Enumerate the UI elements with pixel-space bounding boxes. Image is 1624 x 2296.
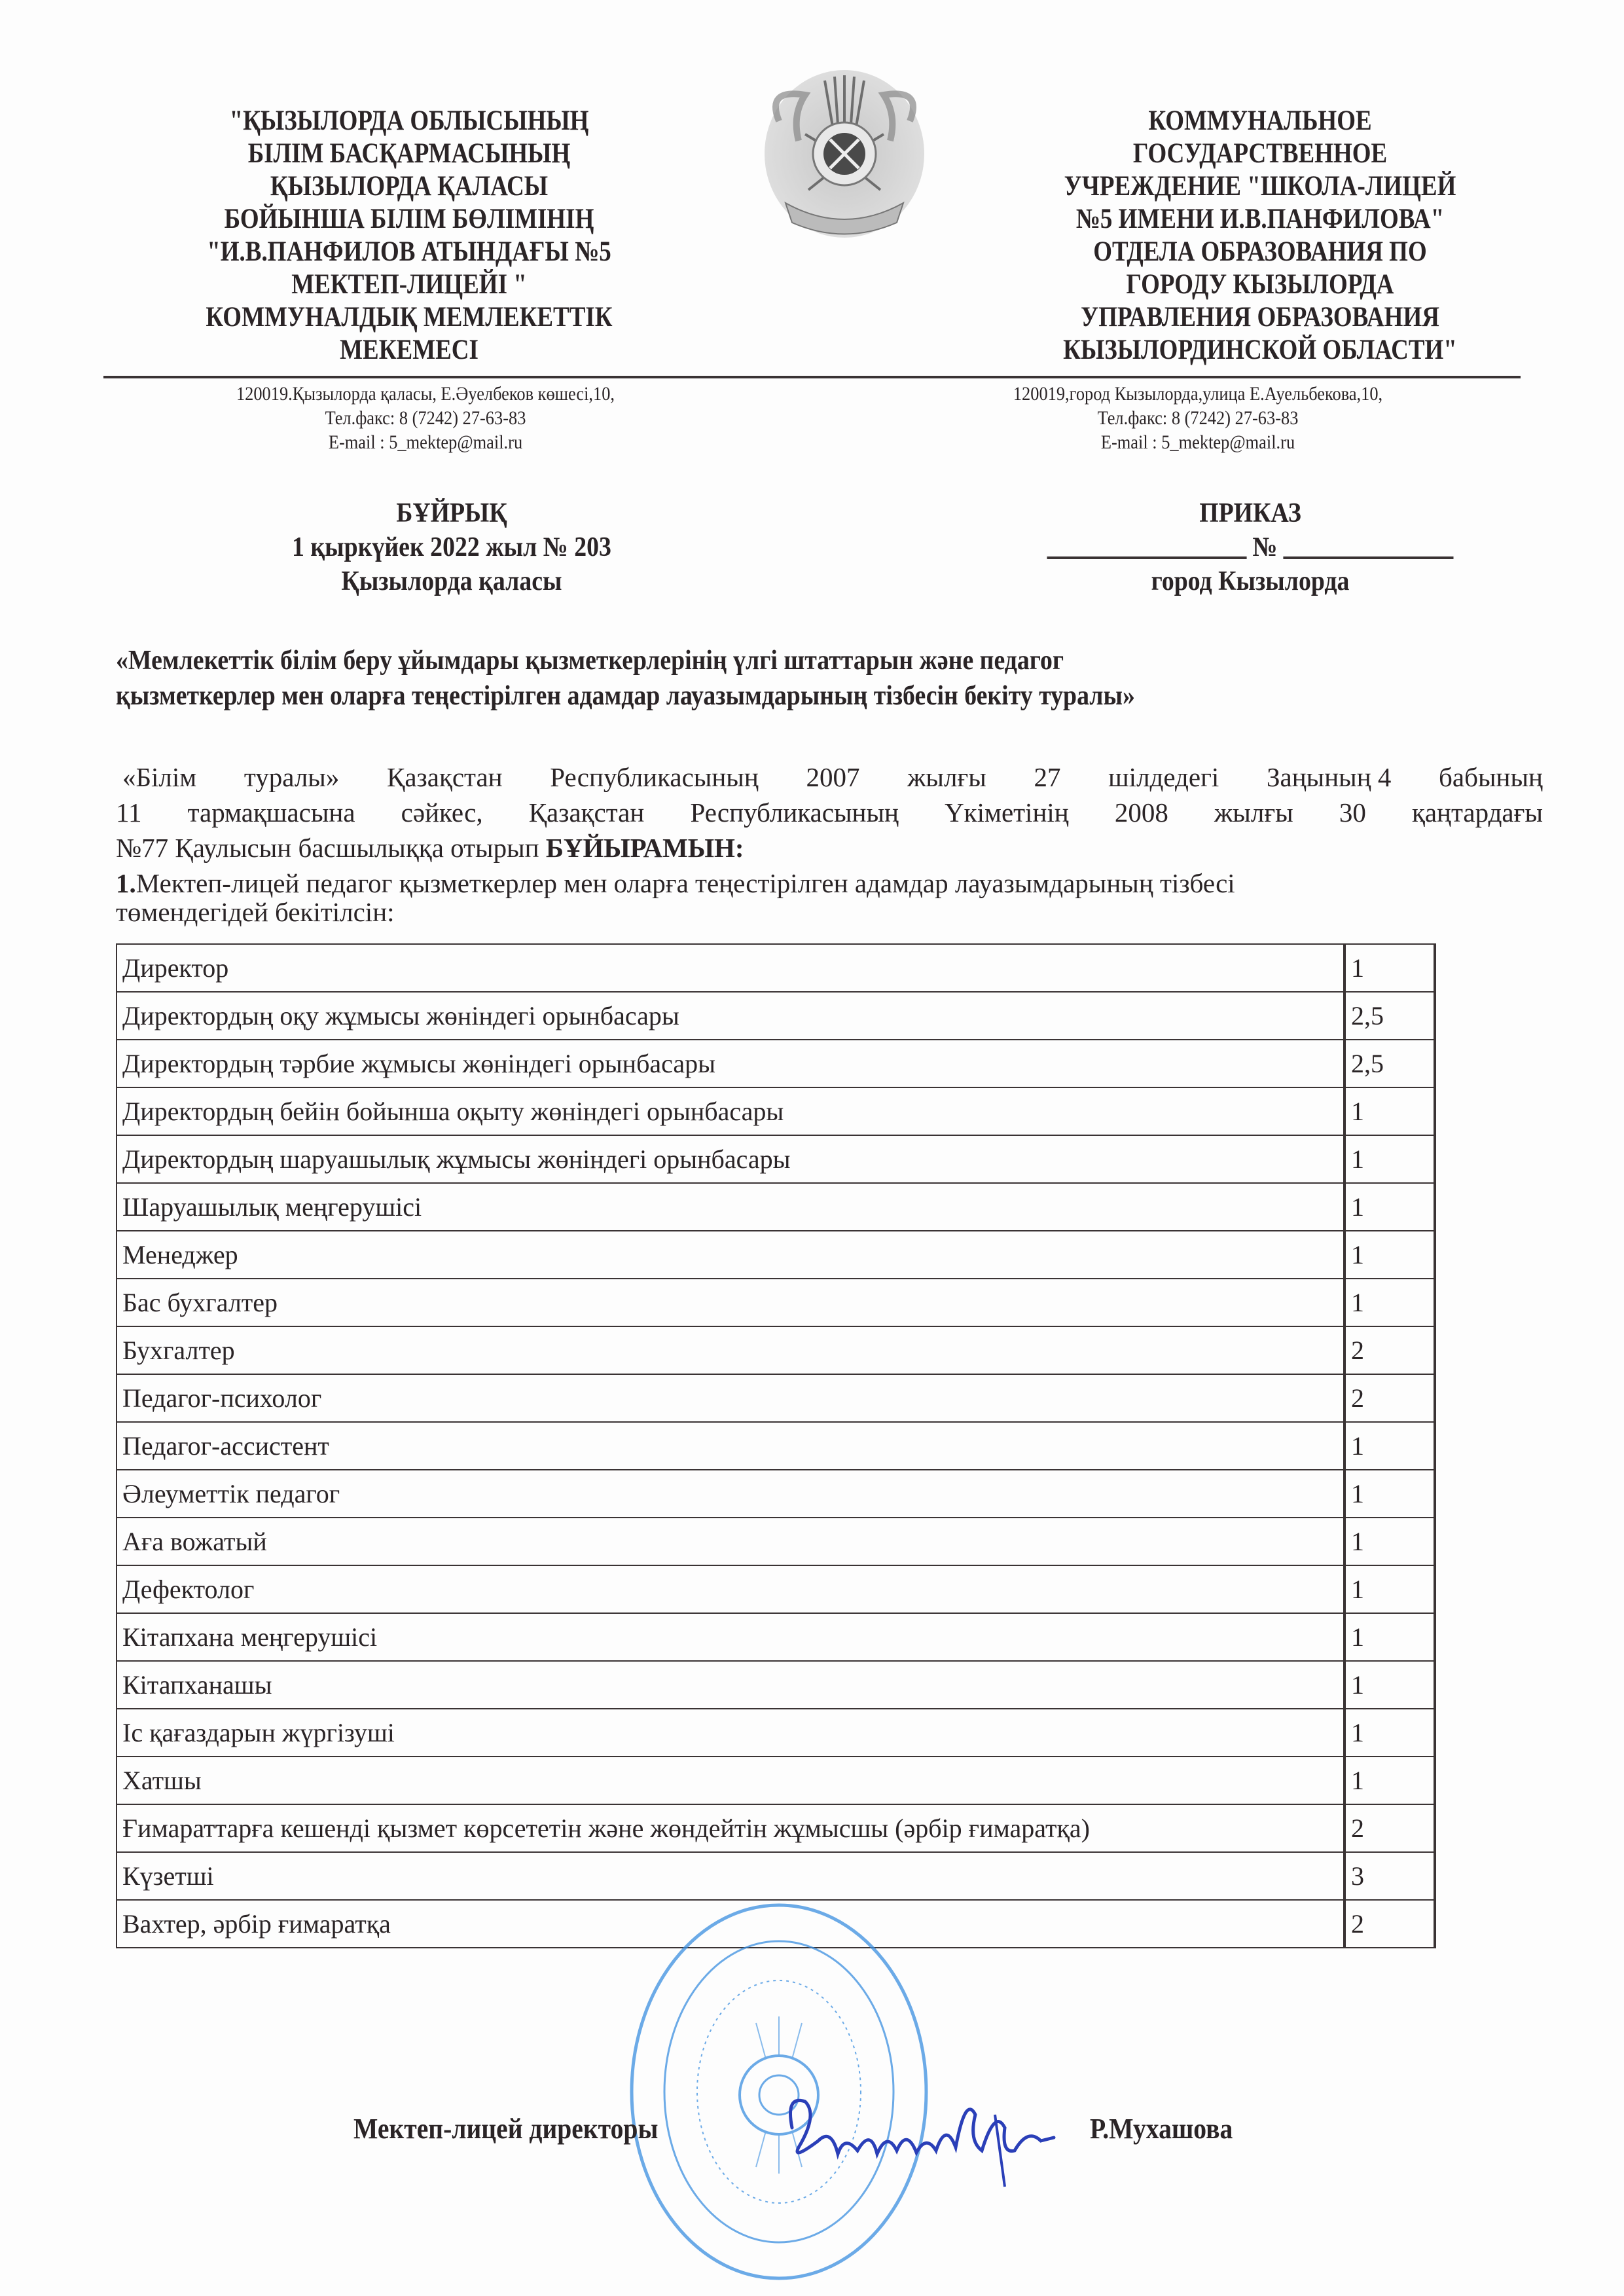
word: 2008 xyxy=(1115,795,1168,830)
position-cell: Кітапхана меңгерушісі xyxy=(117,1613,1344,1661)
header-divider xyxy=(103,376,1521,378)
word: қаңтардағы xyxy=(1412,795,1543,830)
org-kz-line: ҚЫЗЫЛОРДА ҚАЛАСЫ xyxy=(142,170,677,203)
preamble-line-1: «Білімтуралы»ҚазақстанРеспубликасының200… xyxy=(116,759,1543,795)
preamble-line-3: №77 Қаулысын басшылыққа отырып БҰЙЫРАМЫН… xyxy=(116,830,1543,866)
address-ru-line: E-mail : 5_mektep@mail.ru xyxy=(910,430,1486,454)
position-cell: Директор xyxy=(117,944,1344,992)
word: «Білім xyxy=(122,759,196,795)
position-cell: Бас бухгалтер xyxy=(117,1279,1344,1326)
org-ru-line: УПРАВЛЕНИЯ ОБРАЗОВАНИЯ xyxy=(1001,301,1519,334)
org-kz-line: КОММУНАЛДЫҚ МЕМЛЕКЕТТІК xyxy=(142,301,677,334)
position-cell: Бухгалтер xyxy=(117,1326,1344,1374)
word: Республикасының xyxy=(550,759,759,795)
position-cell: Кітапханашы xyxy=(117,1661,1344,1709)
word: 11 xyxy=(116,795,141,830)
address-ru-line: Тел.факс: 8 (7242) 27-63-83 xyxy=(910,406,1486,430)
count-cell: 1 xyxy=(1344,1087,1435,1135)
address-ru-line: 120019,город Кызылорда,улица Е.Ауельбеко… xyxy=(910,382,1486,406)
org-ru-line: ГОСУДАРСТВЕННОЕ xyxy=(1001,137,1519,170)
word: жылғы xyxy=(1214,795,1293,830)
count-cell: 1 xyxy=(1344,1422,1435,1470)
word: шілдедегі xyxy=(1108,759,1219,795)
order-subject: «Мемлекеттік білім беру ұйымдары қызметк… xyxy=(116,643,1135,714)
preamble-line-2: 11тармақшасынасәйкес,ҚазақстанРеспублика… xyxy=(116,795,1543,830)
table-row: Кітапханашы1 xyxy=(117,1661,1435,1709)
position-cell: Әлеуметтік педагог xyxy=(117,1470,1344,1518)
position-cell: Ғимараттарға кешенді қызмет көрсететін ж… xyxy=(117,1804,1344,1852)
table-row: Педагог-психолог2 xyxy=(117,1374,1435,1422)
position-cell: Іс қағаздарын жүргізуші xyxy=(117,1709,1344,1757)
word: 2007 xyxy=(806,759,859,795)
org-kz-line: МЕКЕМЕСІ xyxy=(142,334,677,367)
word: Қазақстан xyxy=(387,759,503,795)
word: бабының xyxy=(1439,759,1543,795)
org-kz-line: БІЛІМ БАСҚАРМАСЫНЫҢ xyxy=(142,137,677,170)
subject-line: «Мемлекеттік білім беру ұйымдары қызметк… xyxy=(116,643,1135,678)
word: жылғы xyxy=(907,759,986,795)
address-kz-line: E-mail : 5_mektep@mail.ru xyxy=(137,430,713,454)
position-cell: Директордың бейін бойынша оқыту жөніндег… xyxy=(117,1087,1344,1135)
word: 27 xyxy=(1034,759,1060,795)
count-cell: 1 xyxy=(1344,1470,1435,1518)
count-cell: 1 xyxy=(1344,1565,1435,1613)
org-ru-line: УЧРЕЖДЕНИЕ "ШКОЛА-ЛИЦЕЙ xyxy=(1001,170,1519,203)
count-cell: 2 xyxy=(1344,1374,1435,1422)
count-cell: 1 xyxy=(1344,1613,1435,1661)
count-cell: 1 xyxy=(1344,1757,1435,1804)
count-cell: 2 xyxy=(1344,1900,1435,1948)
order-block-kz: БҰЙРЫҚ 1 қыркүйек 2022 жыл № 203 Қызылор… xyxy=(163,496,740,598)
table-row: Іс қағаздарын жүргізуші1 xyxy=(117,1709,1435,1757)
table-row: Бас бухгалтер1 xyxy=(117,1279,1435,1326)
address-kz: 120019.Қызылорда қаласы, Е.Әуелбеков көш… xyxy=(137,382,713,454)
subject-line: қызметкерлер мен оларға теңестірілген ад… xyxy=(116,678,1135,714)
word: туралы» xyxy=(244,759,339,795)
count-cell: 1 xyxy=(1344,944,1435,992)
table-row: Директордың бейін бойынша оқыту жөніндег… xyxy=(117,1087,1435,1135)
table-row: Әлеуметтік педагог1 xyxy=(117,1470,1435,1518)
position-cell: Хатшы xyxy=(117,1757,1344,1804)
position-cell: Директордың тәрбие жұмысы жөніндегі орын… xyxy=(117,1040,1344,1087)
preamble: «Білімтуралы»ҚазақстанРеспубликасының200… xyxy=(116,759,1543,930)
word: Қазақстан xyxy=(529,795,645,830)
position-cell: Шаруашылық меңгерушісі xyxy=(117,1183,1344,1231)
table-row: Педагог-ассистент1 xyxy=(117,1422,1435,1470)
address-kz-line: 120019.Қызылорда қаласы, Е.Әуелбеков көш… xyxy=(137,382,713,406)
position-cell: Педагог-психолог xyxy=(117,1374,1344,1422)
table-row: Директор1 xyxy=(117,944,1435,992)
word: Үкіметінің xyxy=(945,795,1069,830)
table-row: Бухгалтер2 xyxy=(117,1326,1435,1374)
order-block-ru: ПРИКАЗ № город Кызылорда xyxy=(1020,496,1480,598)
order-verb: БҰЙЫРАМЫН: xyxy=(546,830,744,866)
position-cell: Аға вожатый xyxy=(117,1518,1344,1565)
count-cell: 2,5 xyxy=(1344,1040,1435,1087)
count-cell: 1 xyxy=(1344,1279,1435,1326)
table-row: Менеджер1 xyxy=(117,1231,1435,1279)
org-ru-line: №5 ИМЕНИ И.В.ПАНФИЛОВА" xyxy=(1001,203,1519,236)
count-cell: 2 xyxy=(1344,1326,1435,1374)
table-row: Директордың тәрбие жұмысы жөніндегі орын… xyxy=(117,1040,1435,1087)
address-kz-line: Тел.факс: 8 (7242) 27-63-83 xyxy=(137,406,713,430)
org-header-ru: КОММУНАЛЬНОЕГОСУДАРСТВЕННОЕУЧРЕЖДЕНИЕ "Ш… xyxy=(1001,105,1519,367)
word: тармақшасына xyxy=(188,795,355,830)
order-title-kz: БҰЙРЫҚ xyxy=(163,496,740,530)
table-row: Хатшы1 xyxy=(117,1757,1435,1804)
order-title-ru: ПРИКАЗ xyxy=(1020,496,1480,530)
org-ru-line: КЫЗЫЛОРДИНСКОЙ ОБЛАСТИ" xyxy=(1001,334,1519,367)
count-cell: 1 xyxy=(1344,1661,1435,1709)
word: 30 xyxy=(1339,795,1366,830)
org-kz-line: БОЙЫНША БІЛІМ БӨЛІМІНІҢ xyxy=(142,203,677,236)
staff-table: Директор1Директордың оқу жұмысы жөніндег… xyxy=(116,943,1436,1948)
handwritten-signature-icon xyxy=(779,2088,1093,2193)
word: Заңының 4 xyxy=(1267,759,1391,795)
table-row: Директордың оқу жұмысы жөніндегі орынбас… xyxy=(117,992,1435,1040)
org-kz-line: "ҚЫЗЫЛОРДА ОБЛЫСЫНЫҢ xyxy=(142,105,677,137)
position-cell: Директордың оқу жұмысы жөніндегі орынбас… xyxy=(117,992,1344,1040)
org-ru-line: ОТДЕЛА ОБРАЗОВАНИЯ ПО xyxy=(1001,236,1519,268)
count-cell: 2,5 xyxy=(1344,992,1435,1040)
position-cell: Педагог-ассистент xyxy=(117,1422,1344,1470)
position-cell: Дефектолог xyxy=(117,1565,1344,1613)
order-city-kz: Қызылорда қаласы xyxy=(163,564,740,598)
table-row: Дефектолог1 xyxy=(117,1565,1435,1613)
table-row: Шаруашылық меңгерушісі1 xyxy=(117,1183,1435,1231)
count-cell: 3 xyxy=(1344,1852,1435,1900)
table-row: Кітапхана меңгерушісі1 xyxy=(117,1613,1435,1661)
org-ru-line: ГОРОДУ КЫЗЫЛОРДА xyxy=(1001,268,1519,301)
order-city-ru: город Кызылорда xyxy=(1020,564,1480,598)
signatory-title: Мектеп-лицей директоры xyxy=(353,2113,658,2145)
state-emblem-icon xyxy=(759,62,929,242)
signatory-name: Р.Мухашова xyxy=(1090,2111,1233,2147)
address-ru: 120019,город Кызылорда,улица Е.Ауельбеко… xyxy=(910,382,1486,454)
org-kz-line: МЕКТЕП-ЛИЦЕЙІ " xyxy=(142,268,677,301)
count-cell: 1 xyxy=(1344,1135,1435,1183)
table-row: Күзетші3 xyxy=(117,1852,1435,1900)
table-row: Ғимараттарға кешенді қызмет көрсететін ж… xyxy=(117,1804,1435,1852)
count-cell: 1 xyxy=(1344,1183,1435,1231)
count-cell: 1 xyxy=(1344,1518,1435,1565)
word: Республикасының xyxy=(690,795,899,830)
position-cell: Күзетші xyxy=(117,1852,1344,1900)
count-cell: 2 xyxy=(1344,1804,1435,1852)
count-cell: 1 xyxy=(1344,1231,1435,1279)
count-cell: 1 xyxy=(1344,1709,1435,1757)
org-ru-line: КОММУНАЛЬНОЕ xyxy=(1001,105,1519,137)
org-header-kz: "ҚЫЗЫЛОРДА ОБЛЫСЫНЫҢБІЛІМ БАСҚАРМАСЫНЫҢҚ… xyxy=(142,105,677,367)
table-row: Аға вожатый1 xyxy=(117,1518,1435,1565)
word: сәйкес, xyxy=(401,795,483,830)
order-date-number: 1 қыркүйек 2022 жыл № 203 xyxy=(163,530,740,564)
org-kz-line: "И.В.ПАНФИЛОВ АТЫНДАҒЫ №5 xyxy=(142,236,677,268)
position-cell: Менеджер xyxy=(117,1231,1344,1279)
position-cell: Директордың шаруашылық жұмысы жөніндегі … xyxy=(117,1135,1344,1183)
order-number-label: № xyxy=(1247,532,1284,562)
table-row: Директордың шаруашылық жұмысы жөніндегі … xyxy=(117,1135,1435,1183)
